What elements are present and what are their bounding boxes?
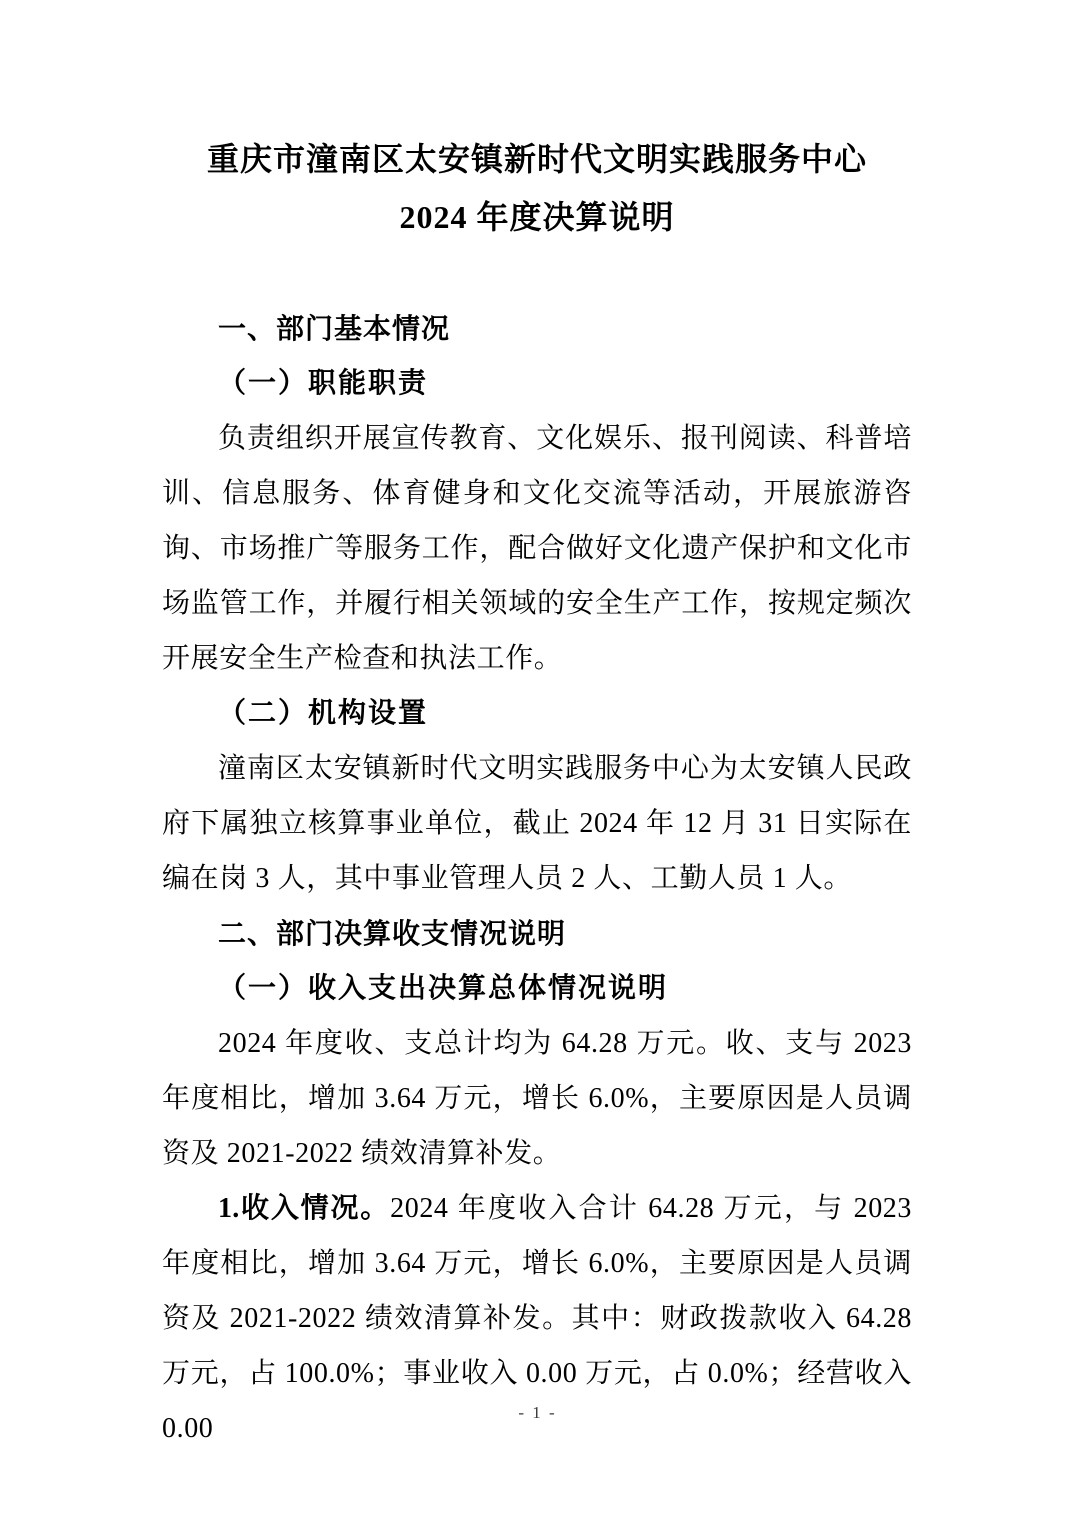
income-paragraph-label: 1.收入情况。 <box>218 1193 390 1224</box>
section1-heading: 一、部门基本情况 <box>162 301 912 356</box>
document-title-line2: 2024 年度决算说明 <box>162 188 912 246</box>
section2-heading: 二、部门决算收支情况说明 <box>162 906 912 961</box>
document-body: 重庆市潼南区太安镇新时代文明实践服务中心 2024 年度决算说明 一、部门基本情… <box>162 130 912 1456</box>
title-spacer <box>162 246 912 301</box>
document-title-line1: 重庆市潼南区太安镇新时代文明实践服务中心 <box>162 130 912 188</box>
section1-sub2-paragraph: 潼南区太安镇新时代文明实践服务中心为太安镇人民政府下属独立核算事业单位，截止 2… <box>162 741 912 906</box>
section2-sub1-paragraph: 2024 年度收、支总计均为 64.28 万元。收、支与 2023 年度相比，增… <box>162 1016 912 1181</box>
section1-sub1-heading: （一）职能职责 <box>162 356 912 411</box>
section2-sub1-heading: （一）收入支出决算总体情况说明 <box>162 961 912 1016</box>
section1-sub2-heading: （二）机构设置 <box>162 686 912 741</box>
section1-sub1-paragraph: 负责组织开展宣传教育、文化娱乐、报刊阅读、科普培训、信息服务、体育健身和文化交流… <box>162 411 912 686</box>
page-number: - 1 - <box>0 1400 1075 1426</box>
document-page: 重庆市潼南区太安镇新时代文明实践服务中心 2024 年度决算说明 一、部门基本情… <box>0 0 1075 1520</box>
